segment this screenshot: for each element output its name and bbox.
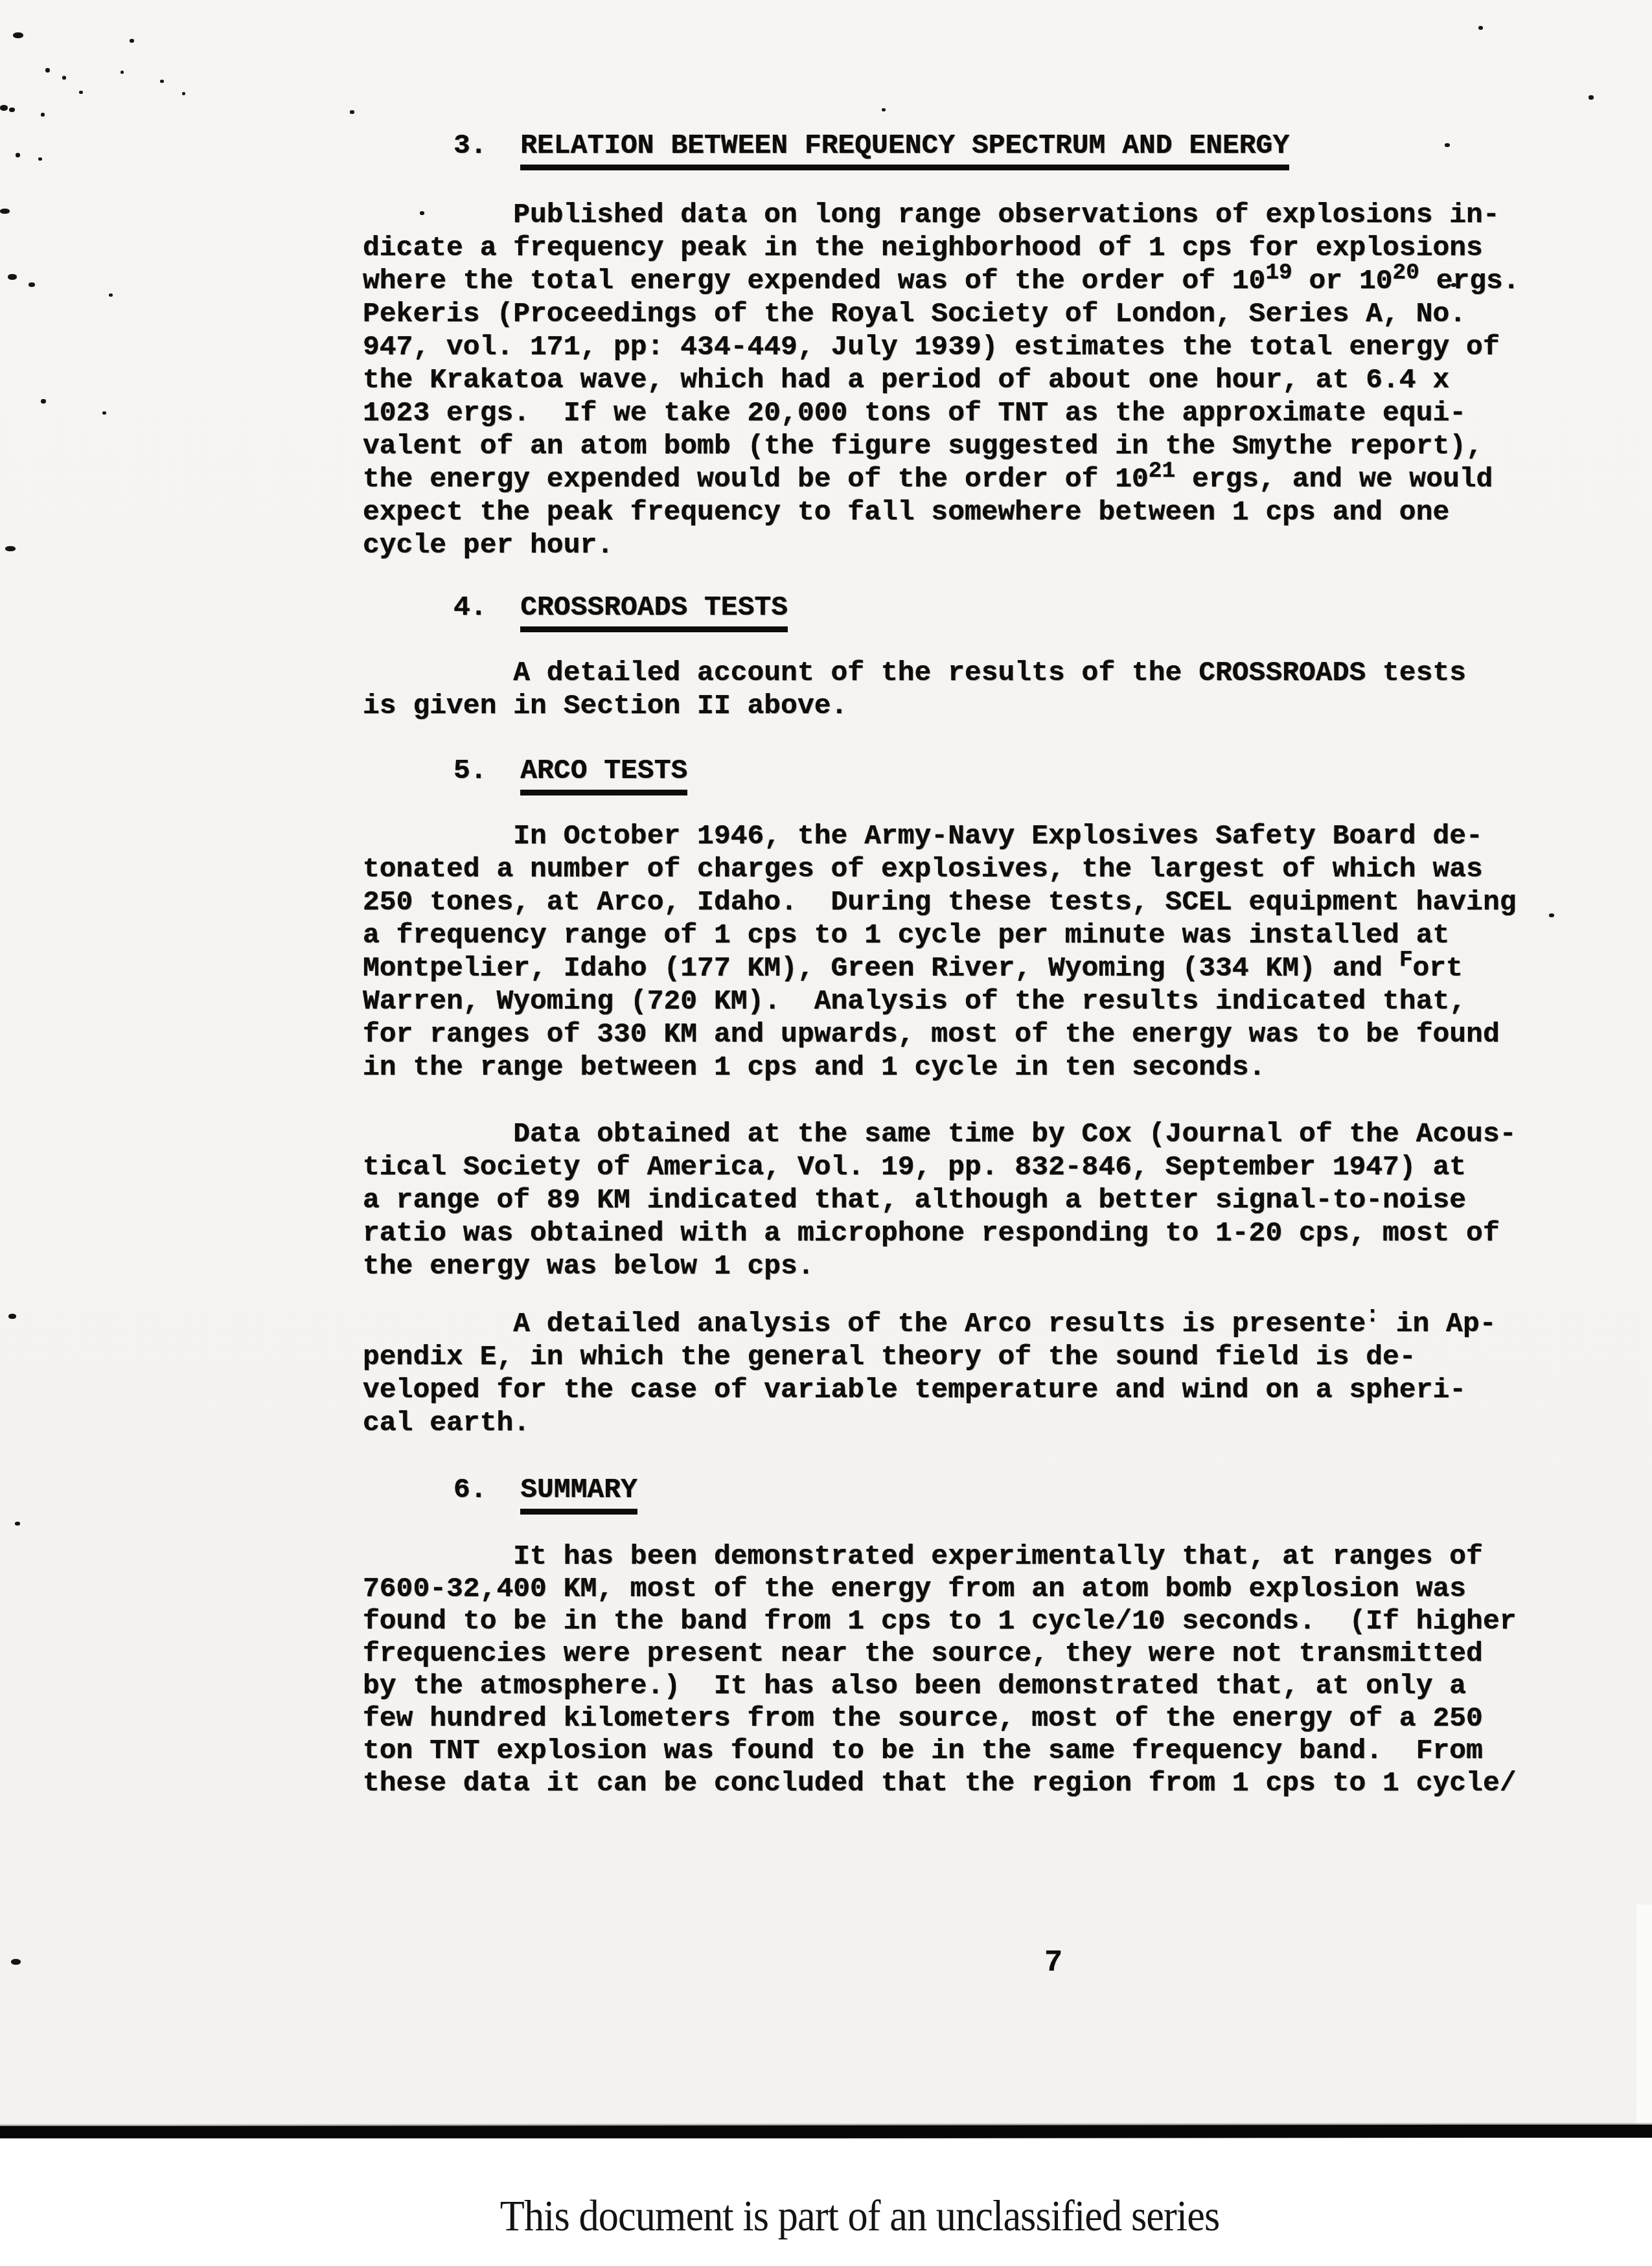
ink-speck xyxy=(1478,26,1483,30)
section-title: CROSSROADS TESTS xyxy=(520,591,788,632)
ink-speck xyxy=(41,399,46,404)
text-line: Pekeris (Proceedings of the Royal Societ… xyxy=(363,297,1520,330)
scanned-page: 3. RELATION BETWEEN FREQUENCY SPECTRUM A… xyxy=(0,0,1652,2125)
footer-area: This document is part of an unclassified… xyxy=(0,2138,1652,2266)
text-line: 7600-32,400 KM, most of the energy from … xyxy=(363,1573,1517,1605)
section-number: 6. xyxy=(453,1474,520,1505)
text-line: tonated a number of charges of explosive… xyxy=(363,853,1517,886)
ink-speck xyxy=(160,80,164,83)
text-line: A detailed account of the results of the… xyxy=(363,656,1466,689)
section-number: 5. xyxy=(453,755,520,786)
text-line: Published data on long range observation… xyxy=(363,198,1520,231)
text-line: for ranges of 330 KM and upwards, most o… xyxy=(363,1018,1517,1051)
text-line: ratio was obtained with a microphone res… xyxy=(363,1217,1517,1250)
ink-speck xyxy=(350,110,354,114)
text-line: these data it can be concluded that the … xyxy=(363,1767,1517,1800)
text-line: dicate a frequency peak in the neighborh… xyxy=(363,231,1520,264)
text-line: the energy expended would be of the orde… xyxy=(363,463,1520,496)
section-number: 3. xyxy=(453,130,520,161)
text-line: cycle per hour. xyxy=(363,529,1520,562)
ink-speck xyxy=(62,76,66,80)
text-line: 1023 ergs. If we take 20,000 tons of TNT… xyxy=(363,396,1520,429)
text-line: few hundred kilometers from the source, … xyxy=(363,1702,1517,1735)
ink-speck xyxy=(8,1314,16,1319)
text-line: found to be in the band from 1 cps to 1 … xyxy=(363,1605,1517,1638)
ink-speck xyxy=(1445,143,1450,147)
text-line: a frequency range of 1 cps to 1 cycle pe… xyxy=(363,919,1517,952)
ink-speck xyxy=(16,153,20,157)
text-line: ton TNT explosion was found to be in the… xyxy=(363,1735,1517,1767)
ink-speck xyxy=(1451,283,1456,287)
text-line: is given in Section II above. xyxy=(363,689,1466,722)
text-line: In October 1946, the Army-Navy Explosive… xyxy=(363,819,1517,853)
ink-speck xyxy=(13,32,23,38)
paragraph: Data obtained at the same time by Cox (J… xyxy=(363,1117,1517,1283)
ink-speck xyxy=(882,108,886,111)
scanner-edge-band xyxy=(0,2125,1652,2139)
unclassified-series-note: This document is part of an unclassified… xyxy=(91,2192,1628,2241)
ink-speck xyxy=(109,293,113,297)
ink-speck xyxy=(15,1522,20,1526)
ink-speck xyxy=(0,209,10,214)
paragraph: Published data on long range observation… xyxy=(363,198,1520,562)
text-line: cal earth. xyxy=(363,1406,1497,1439)
ink-speck xyxy=(130,39,134,43)
text-line: the Krakatoa wave, which had a period of… xyxy=(363,363,1520,396)
text-line: where the total energy expended was of t… xyxy=(363,264,1520,297)
paragraph: In October 1946, the Army-Navy Explosive… xyxy=(363,819,1517,1084)
text-line: It has been demonstrated experimentally … xyxy=(363,1540,1517,1573)
ink-speck xyxy=(1549,913,1554,917)
ink-speck xyxy=(120,71,124,74)
paragraph: A detailed account of the results of the… xyxy=(363,656,1466,722)
section-heading-6: 6. SUMMARY xyxy=(453,1474,637,1505)
ink-speck xyxy=(79,91,83,94)
section-number: 4. xyxy=(453,591,520,623)
section-heading-5: 5. ARCO TESTS xyxy=(453,755,687,786)
ink-speck xyxy=(8,274,17,280)
paragraph: A detailed analysis of the Arco results … xyxy=(363,1307,1497,1439)
section-heading-4: 4. CROSSROADS TESTS xyxy=(453,591,788,623)
text-line: 947, vol. 171, pp: 434-449, July 1939) e… xyxy=(363,330,1520,363)
text-line: a range of 89 KM indicated that, althoug… xyxy=(363,1184,1517,1217)
section-title: RELATION BETWEEN FREQUENCY SPECTRUM AND … xyxy=(520,130,1289,170)
text-line: valent of an atom bomb (the figure sugge… xyxy=(363,429,1520,463)
ink-speck xyxy=(0,105,8,111)
text-line: Warren, Wyoming (720 KM). Analysis of th… xyxy=(363,985,1517,1018)
text-line: the energy was below 1 cps. xyxy=(363,1250,1517,1283)
paragraph: It has been demonstrated experimentally … xyxy=(363,1540,1517,1800)
text-line: Montpelier, Idaho (177 KM), Green River,… xyxy=(363,952,1517,985)
text-line: in the range between 1 cps and 1 cycle i… xyxy=(363,1051,1517,1084)
text-line: pendix E, in which the general theory of… xyxy=(363,1340,1497,1373)
text-line: frequencies were present near the source… xyxy=(363,1638,1517,1670)
text-line: expect the peak frequency to fall somewh… xyxy=(363,496,1520,529)
text-line: veloped for the case of variable tempera… xyxy=(363,1373,1497,1406)
ink-speck xyxy=(38,157,42,161)
page-number: 7 xyxy=(1044,1946,1062,1980)
section-title: SUMMARY xyxy=(520,1474,637,1515)
ink-speck xyxy=(41,113,45,117)
ink-speck xyxy=(182,92,185,95)
paper-edge-strip xyxy=(1636,1905,1652,2125)
ink-speck xyxy=(5,546,16,551)
text-line: by the atmosphere.) It has also been dem… xyxy=(363,1670,1517,1702)
section-heading-3: 3. RELATION BETWEEN FREQUENCY SPECTRUM A… xyxy=(453,130,1289,161)
section-title: ARCO TESTS xyxy=(520,755,687,795)
text-line: tical Society of America, Vol. 19, pp. 8… xyxy=(363,1150,1517,1184)
ink-speck xyxy=(9,108,15,112)
text-line: Data obtained at the same time by Cox (J… xyxy=(363,1117,1517,1150)
ink-speck xyxy=(102,411,106,415)
ink-speck xyxy=(420,211,424,215)
text-line: A detailed analysis of the Arco results … xyxy=(363,1307,1497,1340)
text-line: 250 tones, at Arco, Idaho. During these … xyxy=(363,886,1517,919)
ink-speck xyxy=(29,282,35,287)
ink-speck xyxy=(1589,95,1594,100)
ink-speck xyxy=(11,1959,21,1965)
ink-speck xyxy=(45,68,50,73)
